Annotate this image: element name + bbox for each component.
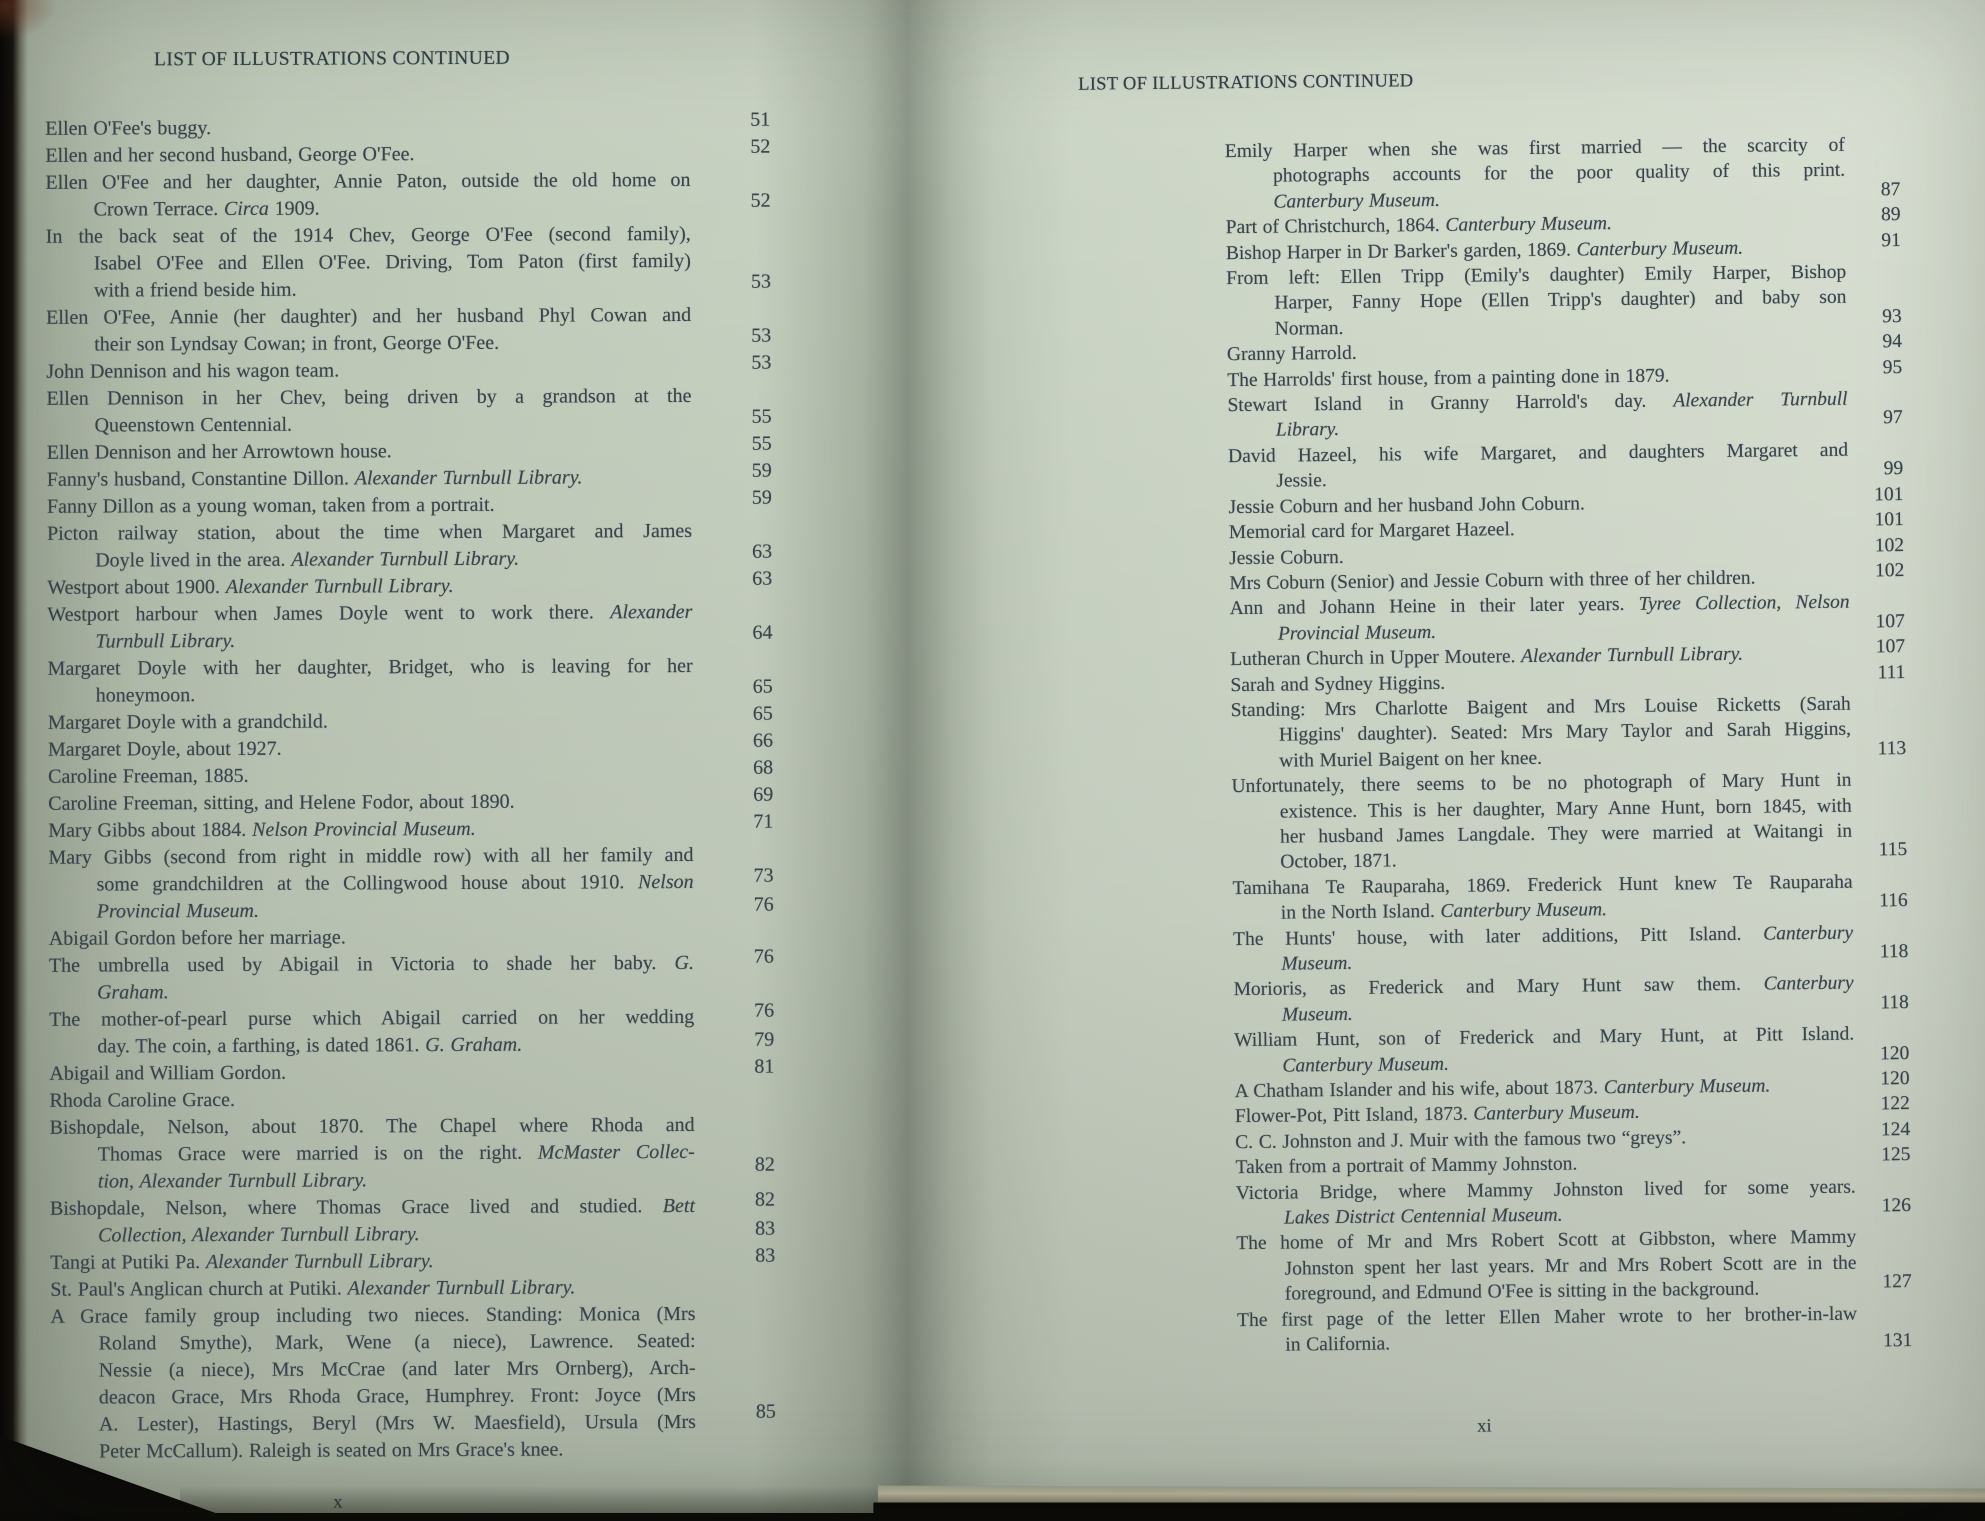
entry-line: their son Lyndsay Cowan; in front, Georg… xyxy=(46,329,691,359)
entry-line: Isabel O'Fee and Ellen O'Fee. Driving, T… xyxy=(46,248,691,278)
illustration-entry: The Hunts' house, with later additions, … xyxy=(1233,920,1853,977)
entry-page-number: 122 xyxy=(1810,1091,1910,1117)
entry-page-number: 55 xyxy=(686,404,771,431)
book-spread-photo: LIST OF ILLUSTRATIONS CONTINUED Ellen O'… xyxy=(0,0,1985,1521)
illustration-entry: Caroline Freeman, sitting, and Helene Fo… xyxy=(48,788,693,818)
entry-line: Fanny's husband, Constantine Dillon. Ale… xyxy=(47,464,692,494)
entry-line: with a friend beside him. xyxy=(46,275,691,305)
entry-page-number: 89 xyxy=(1800,202,1900,228)
illustration-entry: The mother-of-pearl purse which Abigail … xyxy=(49,1004,694,1061)
illustration-entry: St. Paul's Anglican church at Putiki. Al… xyxy=(50,1274,695,1304)
right-page-entries: Emily Harper when she was first married … xyxy=(1225,133,1858,1359)
entry-page-number: 111 xyxy=(1805,660,1905,686)
entry-page-number: 107 xyxy=(1805,609,1905,635)
illustration-entry: In the back seat of the 1914 Chev, Georg… xyxy=(46,221,691,305)
entry-line: Doyle lived in the area. Alexander Turnb… xyxy=(47,545,692,575)
entry-line: Margaret Doyle with a grandchild. xyxy=(48,707,693,737)
entry-line: A Grace family group including two niece… xyxy=(50,1301,695,1331)
entry-page-number: 76 xyxy=(689,892,774,919)
entry-page-number: 101 xyxy=(1803,482,1903,508)
entry-page-number: 83 xyxy=(690,1243,775,1270)
illustration-entry: Mary Gibbs about 1884. Nelson Provincial… xyxy=(48,815,693,845)
entry-line: Westport harbour when James Doyle went t… xyxy=(47,599,692,629)
entry-line: Collection, Alexander Turnbull Library. xyxy=(50,1220,695,1250)
entry-page-number: 107 xyxy=(1805,634,1905,660)
entry-line: in California. xyxy=(1237,1327,1857,1359)
entry-line: Fanny Dillon as a young woman, taken fro… xyxy=(47,491,692,521)
entry-page-number: 68 xyxy=(688,755,773,782)
entry-line: Turnbull Library. xyxy=(47,626,692,656)
illustration-entry: Stewart Island in Granny Harrold's day. … xyxy=(1227,387,1847,444)
entry-page-number: 66 xyxy=(688,728,773,755)
entry-page-number: 97 xyxy=(1803,406,1903,432)
entry-page-number: 85 xyxy=(691,1399,776,1426)
entry-line: Nessie (a niece), Mrs McCrae (and later … xyxy=(51,1355,696,1385)
entry-line: Ellen O'Fee, Annie (her daughter) and he… xyxy=(46,302,691,332)
entry-page-number: 87 xyxy=(1800,177,1900,203)
entry-line: Crown Terrace. Circa 1909. xyxy=(46,194,691,224)
entry-page-number: 91 xyxy=(1801,228,1901,254)
entry-page-number: 53 xyxy=(686,350,771,377)
illustration-entry: Emily Harper when she was first married … xyxy=(1225,133,1846,216)
entry-line: Abigail and William Gordon. xyxy=(49,1058,694,1088)
entry-line: Bishopdale, Nelson, where Thomas Grace l… xyxy=(50,1193,695,1223)
entry-page-number: 118 xyxy=(1808,939,1908,965)
entry-page-number: 120 xyxy=(1809,1066,1909,1092)
entry-page-number: 82 xyxy=(690,1152,775,1179)
illustration-entry: Morioris, as Frederick and Mary Hunt saw… xyxy=(1234,971,1854,1028)
entry-line: The umbrella used by Abigail in Victoria… xyxy=(49,950,694,980)
illustration-entry: Tamihana Te Rauparaha, 1869. Frederick H… xyxy=(1232,869,1852,926)
illustration-entry: Margaret Doyle with her daughter, Bridge… xyxy=(48,653,693,710)
illustration-entry: Ellen Dennison and her Arrowtown house.5… xyxy=(47,437,692,467)
entry-page-number: 125 xyxy=(1810,1142,1910,1168)
photo-left-edge-shadow xyxy=(0,0,28,1521)
illustration-entry: Picton railway station, about the time w… xyxy=(47,518,692,575)
entry-page-number: 120 xyxy=(1809,1041,1909,1067)
entry-page-number: 65 xyxy=(688,701,773,728)
illustration-entry: Mary Gibbs (second from right in middle … xyxy=(48,842,693,926)
entry-line: Tangi at Putiki Pa. Alexander Turnbull L… xyxy=(50,1247,695,1277)
entry-page-number: 116 xyxy=(1808,888,1908,914)
illustration-entry: A Grace family group including two niece… xyxy=(50,1301,696,1466)
entry-page-number: 95 xyxy=(1802,355,1902,381)
entry-page-number: 63 xyxy=(687,566,772,593)
entry-page-number: 55 xyxy=(687,431,772,458)
entry-page-number: 94 xyxy=(1802,329,1902,355)
entry-page-number: 64 xyxy=(687,620,772,647)
entry-page-number: 79 xyxy=(689,1027,774,1054)
entry-line: Margaret Doyle, about 1927. xyxy=(48,734,693,764)
entry-page-number: 124 xyxy=(1810,1117,1910,1143)
entry-line: Mary Gibbs (second from right in middle … xyxy=(48,842,693,872)
entry-line: Queenstown Centennial. xyxy=(47,410,692,440)
entry-line: Rhoda Caroline Grace. xyxy=(49,1085,694,1115)
entry-line: John Dennison and his wagon team. xyxy=(46,356,691,386)
entry-line: In the back seat of the 1914 Chev, Georg… xyxy=(46,221,691,251)
illustration-entry: Standing: Mrs Charlotte Baigent and Mrs … xyxy=(1231,692,1852,775)
entry-line: Margaret Doyle with her daughter, Bridge… xyxy=(48,653,693,683)
entry-line: Provincial Museum. xyxy=(49,896,694,926)
entry-page-number: 53 xyxy=(686,269,771,296)
entry-line: Thomas Grace were married is on the righ… xyxy=(50,1139,695,1169)
illustration-entry: From left: Ellen Tripp (Emily's daughter… xyxy=(1226,260,1847,343)
illustration-entry: Caroline Freeman, 1885.68 xyxy=(48,761,693,791)
illustration-entry: Ellen Dennison in her Chev, being driven… xyxy=(46,383,691,440)
entry-page-number: 59 xyxy=(687,485,772,512)
illustration-entry: Westport about 1900. Alexander Turnbull … xyxy=(47,572,692,602)
book-fore-edge xyxy=(878,1486,1985,1506)
entry-page-number: 69 xyxy=(688,782,773,809)
illustration-entry: John Dennison and his wagon team.53 xyxy=(46,356,691,386)
entry-page-number: 52 xyxy=(686,188,771,215)
illustration-entry: Fanny Dillon as a young woman, taken fro… xyxy=(47,491,692,521)
entry-page-number: 51 xyxy=(685,107,770,134)
entry-page-number: 71 xyxy=(688,809,773,836)
illustration-entry: Bishopdale, Nelson, where Thomas Grace l… xyxy=(50,1193,695,1250)
entry-page-number: 73 xyxy=(688,863,773,890)
entry-line: Caroline Freeman, sitting, and Helene Fo… xyxy=(48,788,693,818)
illustration-entry: Ellen O'Fee's buggy.51 xyxy=(45,113,690,143)
entry-line: The mother-of-pearl purse which Abigail … xyxy=(49,1004,694,1034)
left-page-bottom-shadow xyxy=(180,1486,890,1514)
entry-page-number: 118 xyxy=(1809,990,1909,1016)
entry-page-number: 52 xyxy=(685,134,770,161)
entry-page-number: 83 xyxy=(690,1216,775,1243)
entry-line: Mary Gibbs about 1884. Nelson Provincial… xyxy=(48,815,693,845)
entry-line: Bishopdale, Nelson, about 1870. The Chap… xyxy=(50,1112,695,1142)
illustration-entry: Ann and Johann Heine in their later year… xyxy=(1230,590,1850,647)
entry-line: Ellen Dennison in her Chev, being driven… xyxy=(46,383,691,413)
illustration-entry: Ellen O'Fee and her daughter, Annie Pato… xyxy=(45,167,690,224)
illustration-entry: The home of Mr and Mrs Robert Scott at G… xyxy=(1236,1225,1857,1308)
entry-line: some grandchildren at the Collingwood ho… xyxy=(49,869,694,899)
entry-line: tion, Alexander Turnbull Library. xyxy=(50,1166,695,1196)
entry-page-number: 115 xyxy=(1807,837,1907,863)
entry-line: Westport about 1900. Alexander Turnbull … xyxy=(47,572,692,602)
entry-line: Ellen and her second husband, George O'F… xyxy=(45,140,690,170)
illustration-entry: Margaret Doyle with a grandchild.65 xyxy=(48,707,693,737)
entry-page-number: 127 xyxy=(1812,1269,1912,1295)
right-page: LIST OF ILLUSTRATIONS CONTINUED Emily Ha… xyxy=(900,0,1985,1504)
illustration-entry: Tangi at Putiki Pa. Alexander Turnbull L… xyxy=(50,1247,695,1277)
illustration-entry: The first page of the letter Ellen Maher… xyxy=(1237,1301,1857,1358)
illustration-entry: Rhoda Caroline Grace.81 xyxy=(49,1085,694,1115)
entry-page-number: 76 xyxy=(689,944,774,971)
left-page-header: LIST OF ILLUSTRATIONS CONTINUED xyxy=(154,48,510,72)
entry-line: Ellen O'Fee's buggy. xyxy=(45,113,690,143)
entry-line: honeymoon. xyxy=(48,680,693,710)
right-page-folio: xi xyxy=(1477,1416,1492,1437)
entry-line: St. Paul's Anglican church at Putiki. Al… xyxy=(50,1274,695,1304)
illustration-entry: Unfortunately, there seems to be no phot… xyxy=(1231,768,1852,876)
entry-page-number: 53 xyxy=(686,323,771,350)
entry-page-number: 65 xyxy=(688,674,773,701)
illustration-entry: David Hazeel, his wife Margaret, and dau… xyxy=(1228,438,1848,495)
entry-page-number: 131 xyxy=(1812,1328,1912,1354)
illustration-entry: Abigail Gordon before her marriage.76 xyxy=(49,923,694,953)
illustration-entry: Fanny's husband, Constantine Dillon. Ale… xyxy=(47,464,692,494)
entry-page-number: 82 xyxy=(690,1187,775,1214)
left-page-entries: Ellen O'Fee's buggy.51Ellen and her seco… xyxy=(45,113,696,1466)
illustration-entry: Victoria Bridge, where Mammy Johnston li… xyxy=(1236,1174,1856,1231)
entry-line: A. Lester), Hastings, Beryl (Mrs W. Maes… xyxy=(51,1409,696,1439)
illustration-entry: Ellen and her second husband, George O'F… xyxy=(45,140,690,170)
entry-line: Peter McCallum). Raleigh is seated on Mr… xyxy=(51,1436,696,1466)
illustration-entry: William Hunt, son of Frederick and Mary … xyxy=(1234,1022,1854,1079)
illustration-entry: Ellen O'Fee, Annie (her daughter) and he… xyxy=(46,302,691,359)
entry-line: Roland Smythe), Mark, Wene (a niece), La… xyxy=(51,1328,696,1358)
illustration-entry: Westport harbour when James Doyle went t… xyxy=(47,599,692,656)
entry-line: Picton railway station, about the time w… xyxy=(47,518,692,548)
entry-page-number: 93 xyxy=(1802,304,1902,330)
entry-line: Ellen Dennison and her Arrowtown house. xyxy=(47,437,692,467)
entry-page-number: 101 xyxy=(1804,507,1904,533)
entry-page-number: 63 xyxy=(687,539,772,566)
entry-line: Graham. xyxy=(49,977,694,1007)
illustration-entry: Abigail and William Gordon.79 xyxy=(49,1058,694,1088)
entry-page-number: 126 xyxy=(1811,1193,1911,1219)
entry-page-number: 76 xyxy=(689,998,774,1025)
entry-line: Ellen O'Fee and her daughter, Annie Pato… xyxy=(45,167,690,197)
entry-page-number: 59 xyxy=(687,458,772,485)
entry-line: Abigail Gordon before her marriage. xyxy=(49,923,694,953)
illustration-entry: The umbrella used by Abigail in Victoria… xyxy=(49,950,694,1007)
entry-page-number: 102 xyxy=(1804,558,1904,584)
right-page-header: LIST OF ILLUSTRATIONS CONTINUED xyxy=(1078,71,1413,96)
illustration-entry: Margaret Doyle, about 1927.66 xyxy=(48,734,693,764)
entry-line: Caroline Freeman, 1885. xyxy=(48,761,693,791)
left-page: LIST OF ILLUSTRATIONS CONTINUED Ellen O'… xyxy=(0,0,908,1502)
entry-page-number: 99 xyxy=(1803,456,1903,482)
entry-line: day. The coin, a farthing, is dated 1861… xyxy=(49,1031,694,1061)
entry-page-number: 102 xyxy=(1804,533,1904,559)
entry-line: deacon Grace, Mrs Rhoda Grace, Humphrey.… xyxy=(51,1382,696,1412)
entry-page-number: 113 xyxy=(1806,736,1906,762)
illustration-entry: Bishopdale, Nelson, about 1870. The Chap… xyxy=(50,1112,695,1196)
entry-page-number: 81 xyxy=(689,1054,774,1081)
